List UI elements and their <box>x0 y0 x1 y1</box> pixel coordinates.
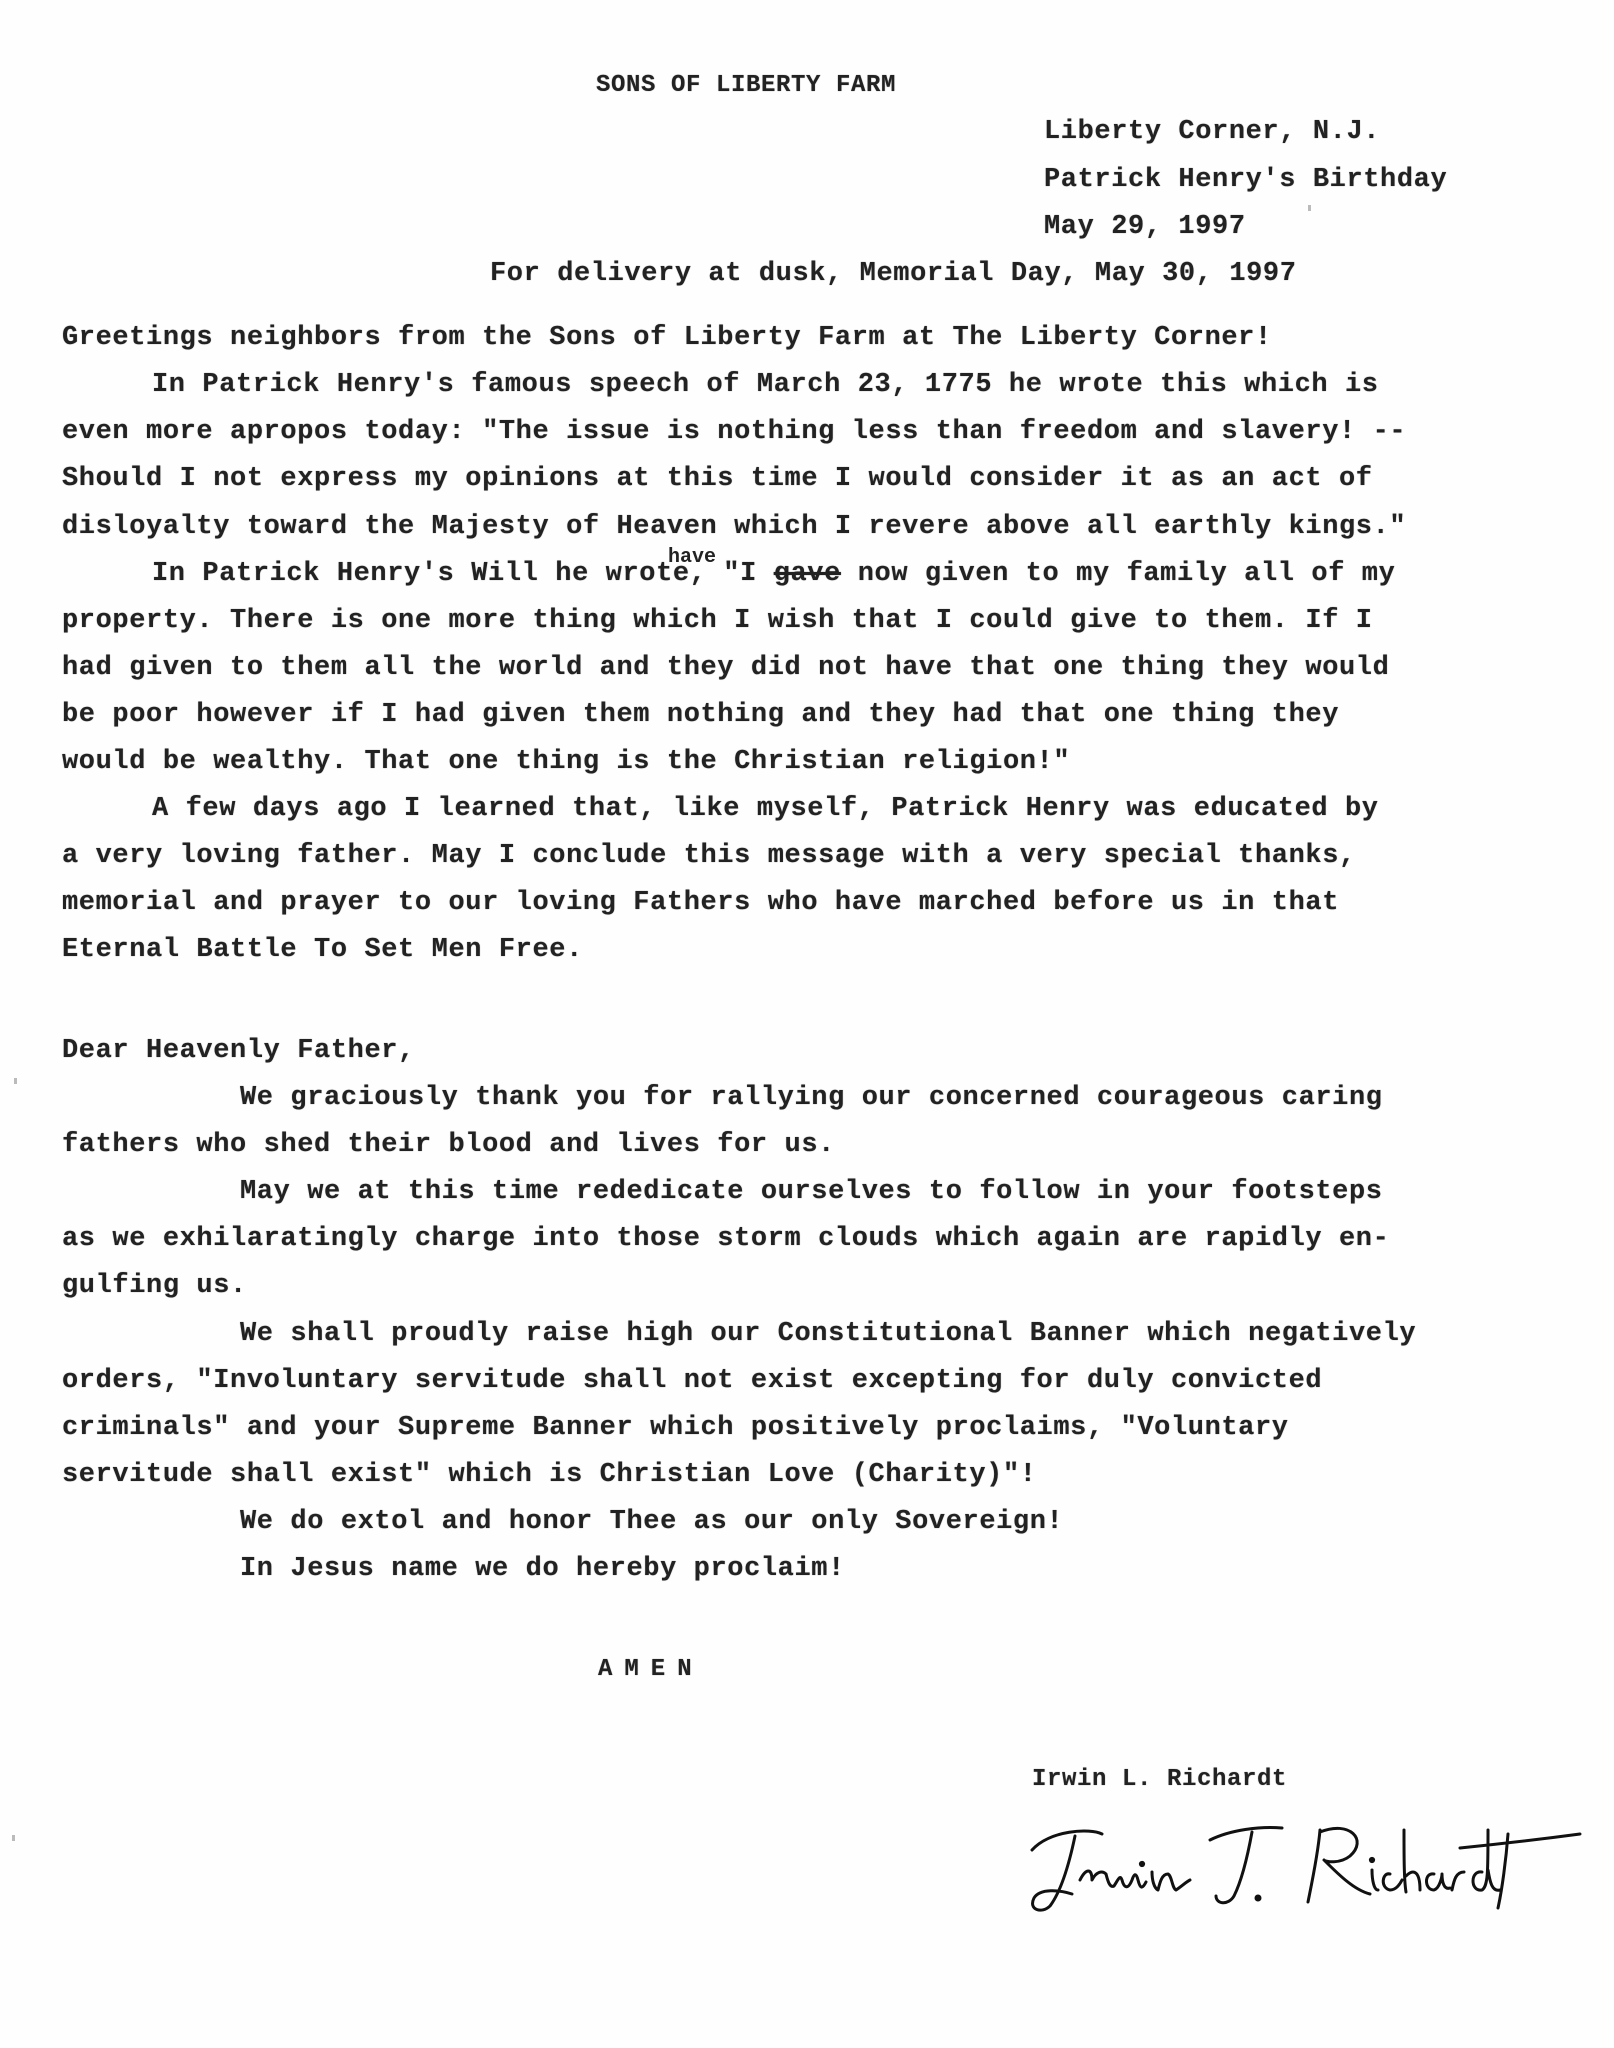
paragraph1-line: In Patrick Henry's famous speech of Marc… <box>152 361 1379 409</box>
paragraph1-line: even more apropos today: "The issue is n… <box>62 408 1406 456</box>
paragraph2-before: In Patrick Henry's Will he wrote, "I <box>152 559 774 589</box>
prayer-p1-line: We graciously thank you for rallying our… <box>240 1074 1383 1122</box>
paragraph3-line: memorial and prayer to our loving Father… <box>62 879 1339 927</box>
paragraph2-line: be poor however if I had given them noth… <box>62 691 1339 739</box>
paragraph1-line: disloyalty toward the Majesty of Heaven … <box>62 503 1406 551</box>
prayer-salutation: Dear Heavenly Father, <box>62 1027 415 1075</box>
prayer-extol-line: We do extol and honor Thee as our only S… <box>240 1498 1063 1546</box>
paragraph3-line: A few days ago I learned that, like myse… <box>152 785 1379 833</box>
letterhead-location: Liberty Corner, N.J. <box>1044 108 1380 156</box>
prayer-p2-line: as we exhilaratingly charge into those s… <box>62 1215 1389 1263</box>
prayer-p2-line: May we at this time rededicate ourselves… <box>240 1168 1383 1216</box>
struck-word: gave <box>774 559 841 589</box>
paragraph2-line: would be wealthy. That one thing is the … <box>62 738 1070 786</box>
prayer-p2-line: gulfing us. <box>62 1262 247 1310</box>
paragraph2-first-line: In Patrick Henry's Will he wrote, "I gav… <box>152 550 1395 598</box>
letterhead-title: SONS OF LIBERTY FARM <box>596 62 896 110</box>
delivery-note: For delivery at dusk, Memorial Day, May … <box>490 250 1297 298</box>
typed-signer-name: Irwin L. Richardt <box>1032 1756 1287 1804</box>
prayer-p3-line: We shall proudly raise high our Constitu… <box>240 1310 1416 1358</box>
scan-speck <box>12 1835 15 1841</box>
letterhead-date: May 29, 1997 <box>1044 203 1246 251</box>
paragraph3-line: Eternal Battle To Set Men Free. <box>62 926 583 974</box>
prayer-p3-line: orders, "Involuntary servitude shall not… <box>62 1357 1322 1405</box>
scan-speck <box>14 1078 17 1084</box>
prayer-p1-line: fathers who shed their blood and lives f… <box>62 1121 835 1169</box>
greeting: Greetings neighbors from the Sons of Lib… <box>62 314 1272 362</box>
letterhead-occasion: Patrick Henry's Birthday <box>1044 156 1447 204</box>
prayer-proclaim-line: In Jesus name we do hereby proclaim! <box>240 1545 845 1593</box>
prayer-p3-line: servitude shall exist" which is Christia… <box>62 1451 1037 1499</box>
prayer-p3-line: criminals" and your Supreme Banner which… <box>62 1404 1289 1452</box>
letter-page: SONS OF LIBERTY FARM Liberty Corner, N.J… <box>0 0 1614 2048</box>
handwritten-signature <box>1020 1810 1590 1920</box>
paragraph2-line: had given to them all the world and they… <box>62 644 1389 692</box>
paragraph1-line: Should I not express my opinions at this… <box>62 455 1373 503</box>
paragraph2-after: now given to my family all of my <box>841 559 1396 589</box>
paragraph3-line: a very loving father. May I conclude thi… <box>62 832 1356 880</box>
amen-closing: AMEN <box>598 1646 704 1694</box>
scan-speck <box>1308 205 1311 211</box>
paragraph2-line: property. There is one more thing which … <box>62 597 1373 645</box>
